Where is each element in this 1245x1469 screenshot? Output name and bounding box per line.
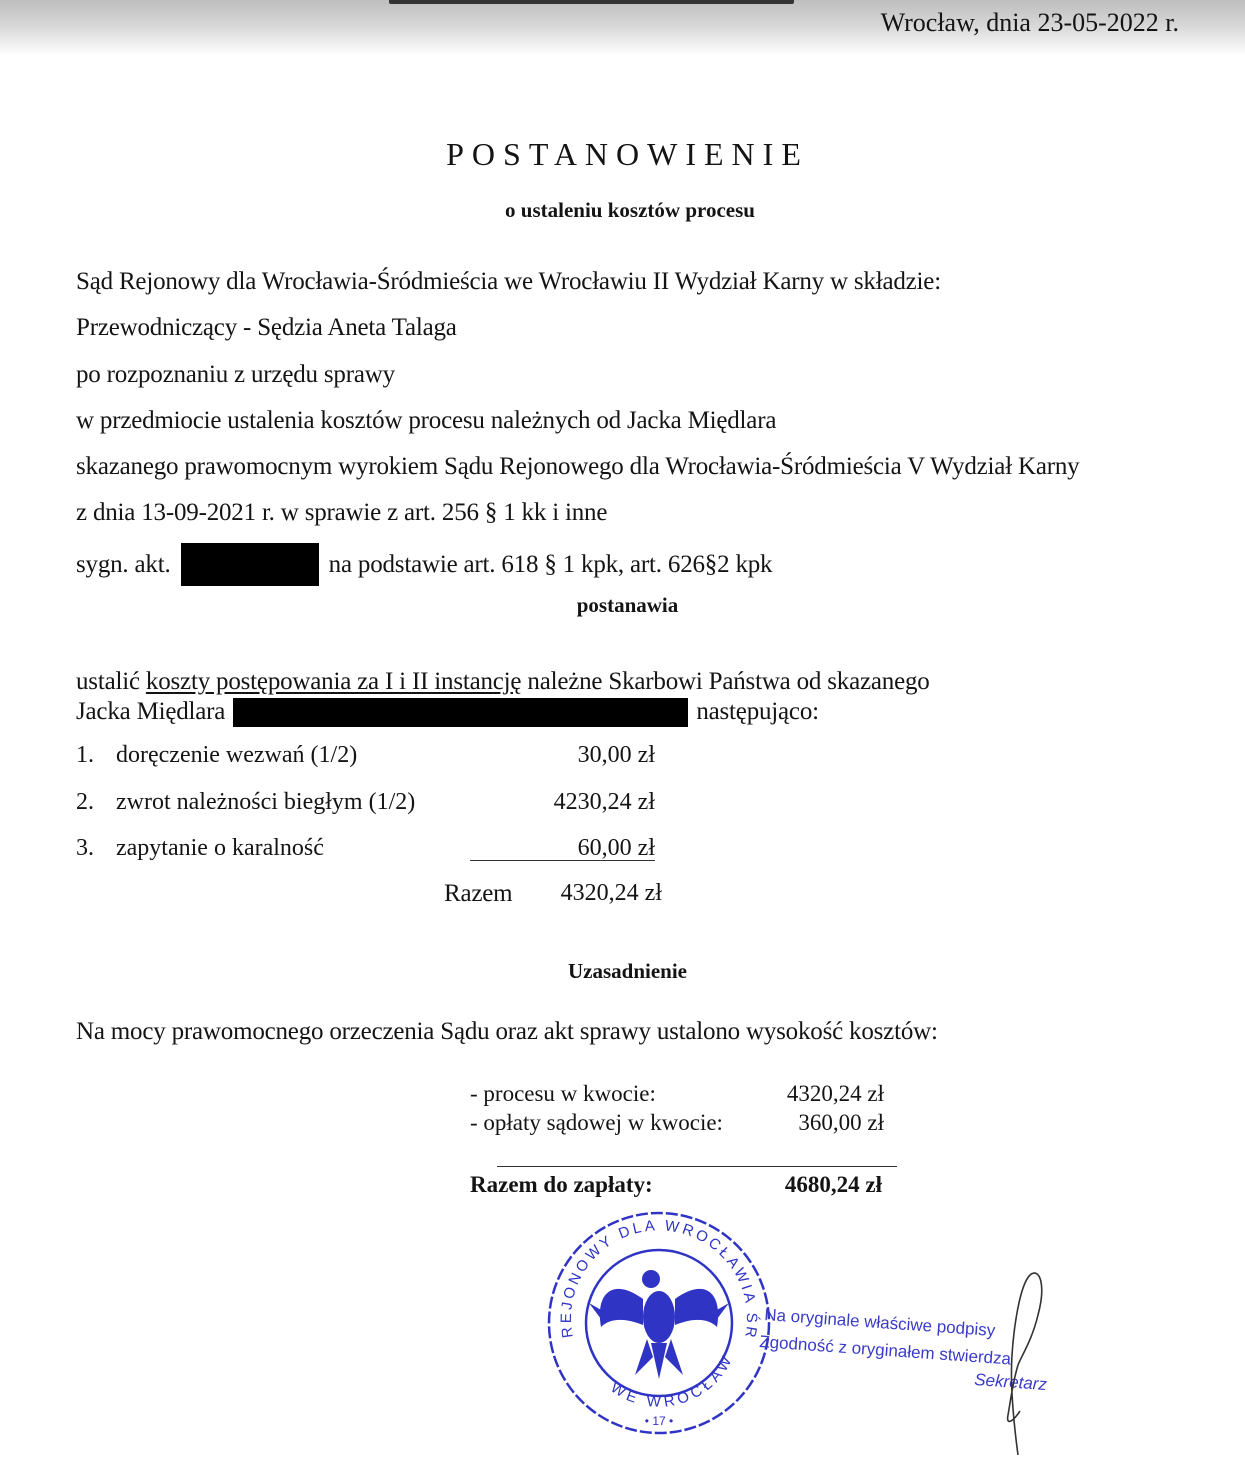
svg-text:• 17 •: • 17 • bbox=[645, 1414, 673, 1428]
convict-name: Jacka Międlara bbox=[76, 698, 225, 725]
document-title: POSTANOWIENIE bbox=[0, 136, 1245, 173]
cost-item-label: zapytanie o karalność bbox=[116, 835, 324, 861]
breakdown-label: - procesu w kwocie: bbox=[470, 1081, 656, 1107]
case-reference-line: sygn. akt. na podstawie art. 618 § 1 kpk… bbox=[76, 545, 772, 588]
decision-verb: ustalić bbox=[76, 668, 140, 695]
cost-item-number: 1. bbox=[76, 742, 116, 769]
redacted-case-number bbox=[181, 543, 319, 586]
cost-item: 1.doręczenie wezwań (1/2) bbox=[76, 742, 357, 769]
intro-line: Sąd Rejonowy dla Wrocławia-Śródmieścia w… bbox=[76, 268, 941, 296]
grand-total-label: Razem do zapłaty: bbox=[470, 1172, 653, 1198]
case-ref-legal-basis: na podstawie art. 618 § 1 kpk, art. 626§… bbox=[329, 551, 773, 578]
intro-line: po rozpoznaniu z urzędu sprawy bbox=[76, 361, 395, 389]
eagle-emblem bbox=[589, 1270, 729, 1379]
intro-line: z dnia 13-09-2021 r. w sprawie z art. 25… bbox=[76, 499, 607, 527]
justification-text: Na mocy prawomocnego orzeczenia Sądu ora… bbox=[76, 1018, 938, 1046]
intro-line: w przedmiocie ustalenia kosztów procesu … bbox=[76, 407, 776, 435]
breakdown-label: - opłaty sądowej w kwocie: bbox=[470, 1110, 723, 1136]
intro-line: skazanego prawomocnym wyrokiem Sądu Rejo… bbox=[76, 453, 1079, 481]
cost-item-amount: 4230,24 zł bbox=[554, 789, 655, 816]
decision-line-2: Jacka Międlara następująco: bbox=[76, 698, 819, 728]
cost-item: 3.zapytanie o karalność bbox=[76, 835, 324, 862]
signature-icon bbox=[990, 1265, 1060, 1465]
cost-item-number: 2. bbox=[76, 789, 116, 816]
viewer-toolbar-edge bbox=[389, 0, 794, 4]
decision-underlined-costs: koszty postępowania za I i II instancję bbox=[146, 668, 521, 695]
decision-following: następująco: bbox=[696, 698, 819, 725]
grand-total-amount: 4680,24 zł bbox=[785, 1172, 882, 1198]
document-date: Wrocław, dnia 23-05-2022 r. bbox=[881, 8, 1179, 38]
cost-item-amount: 30,00 zł bbox=[578, 742, 655, 769]
justification-heading: Uzasadnienie bbox=[0, 959, 1245, 984]
costs-total-label: Razem bbox=[444, 880, 512, 908]
document-subtitle: o ustaleniu kosztów procesu bbox=[0, 198, 1245, 223]
case-ref-prefix: sygn. akt. bbox=[76, 551, 171, 578]
cost-item: 2.zwrot należności biegłym (1/2) bbox=[76, 789, 415, 816]
cost-item-label: doręczenie wezwań (1/2) bbox=[116, 742, 357, 768]
breakdown-amount: 4320,24 zł bbox=[787, 1081, 884, 1107]
decision-recipient: należne Skarbowi Państwa od skazanego bbox=[527, 668, 929, 695]
decision-heading: postanawia bbox=[0, 593, 1245, 618]
cost-item-label: zwrot należności biegłym (1/2) bbox=[116, 789, 415, 815]
redacted-personal-data bbox=[233, 698, 688, 727]
intro-line: Przewodniczący - Sędzia Aneta Talaga bbox=[76, 314, 457, 342]
court-seal-icon: REJONOWY DLA WROCŁAWIA ŚRÓDMIEŚCIA WE WR… bbox=[543, 1207, 775, 1439]
grand-total-divider bbox=[497, 1166, 897, 1167]
cost-item-amount: 60,00 zł bbox=[578, 835, 655, 862]
breakdown-amount: 360,00 zł bbox=[798, 1110, 884, 1136]
decision-line-1: ustalić koszty postępowania za I i II in… bbox=[76, 668, 930, 696]
sum-divider bbox=[470, 860, 655, 861]
cost-item-number: 3. bbox=[76, 835, 116, 862]
costs-total-amount: 4320,24 zł bbox=[561, 880, 662, 907]
